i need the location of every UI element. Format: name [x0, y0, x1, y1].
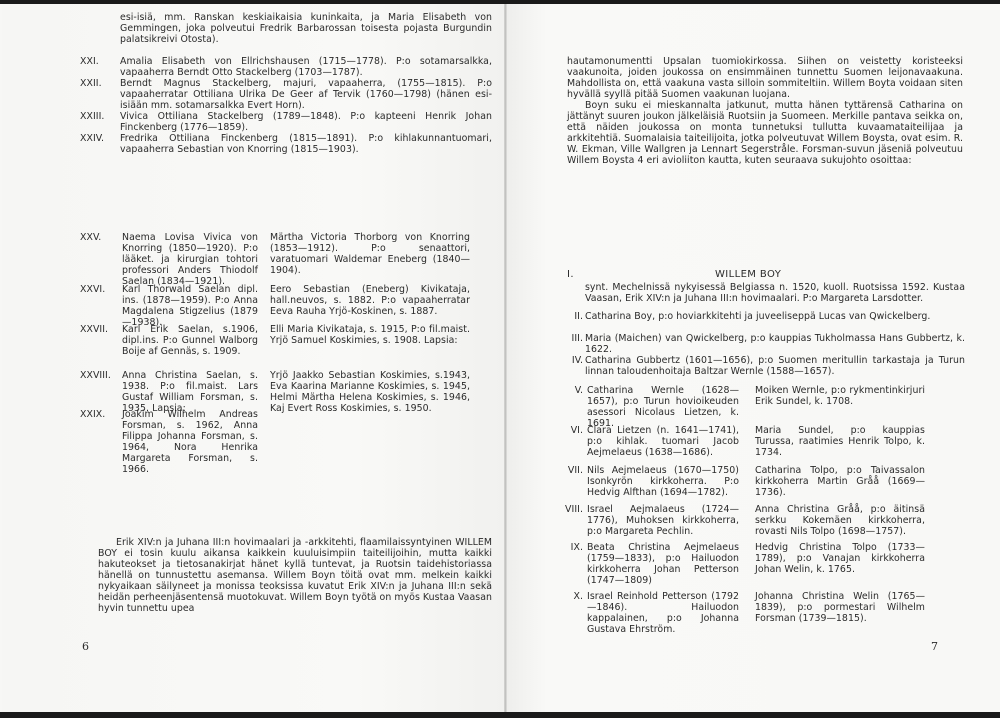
book-spread: esi-isiä, mm. Ranskan keskiaikaisia kuni…: [0, 4, 1000, 712]
entry-left-column: Karl Erik Saelan, s.1906, dipl.ins. P:o …: [122, 324, 258, 357]
entry-left-column: Naema Lovisa Vivica von Knorring (1850—1…: [122, 232, 258, 287]
generation-number: VI.: [565, 425, 583, 436]
generation-number: XXVII.: [80, 324, 108, 335]
generation-number: IX.: [565, 542, 583, 553]
generation-number: VII.: [565, 465, 583, 476]
entry-left-column: Israel Aejmalaeus (1724—1776), Muhoksen …: [587, 504, 739, 537]
generation-number: IV.: [565, 355, 583, 366]
entry-right-column: Maria Sundel, p:o kauppias Turussa, raat…: [755, 425, 925, 458]
entry-text: Catharina Boy, p:o hoviarkkitehti ja juv…: [585, 311, 965, 322]
entry-left-column: Clara Lietzen (n. 1641—1741), p:o kihlak…: [587, 425, 739, 458]
genealogy-two-column-entry: XXIX.Joakim Wilhelm Andreas Forsman, s. …: [80, 409, 492, 469]
genealogy-two-column-entry: XXV.Naema Lovisa Vivica von Knorring (18…: [80, 232, 492, 292]
generation-number: XXII.: [80, 78, 102, 89]
entry-right-column: Eero Sebastian (Eneberg) Kivikataja, hal…: [270, 284, 470, 317]
entry-left-column: Israel Reinhold Petterson (1792—1846). H…: [587, 591, 739, 635]
generation-number: XXVIII.: [80, 370, 111, 381]
willem-boy-paragraph: Erik XIV:n ja Juhana III:n hovimaalari j…: [98, 537, 492, 614]
right-paragraph-2: Boyn suku ei mieskannalta jatkunut, mutt…: [567, 100, 963, 166]
generation-number: XXIII.: [80, 111, 104, 122]
right-paragraph-1: hautamonumentti Upsalan tuomiokirkossa. …: [567, 56, 963, 100]
lineage-heading: WILLEM BOY: [715, 269, 781, 280]
entry-left-column: Joakim Wilhelm Andreas Forsman, s. 1962,…: [122, 409, 258, 475]
generation-number: II.: [565, 311, 583, 322]
lineage-start-number: I.: [567, 269, 574, 280]
willem-boy-details: synt. Mechelnissä nykyisessä Belgiassa n…: [585, 282, 965, 304]
genealogy-entry: III.Maria (Maichen) van Qwickelberg, p:o…: [565, 333, 965, 357]
entry-text: Maria (Maichen) van Qwickelberg, p:o kau…: [585, 333, 965, 355]
generation-number: XXVI.: [80, 284, 105, 295]
entry-right-column: Hedvig Christina Tolpo (1733—1789), p:o …: [755, 542, 925, 575]
generation-number: III.: [565, 333, 583, 344]
entry-left-column: Nils Aejmelaeus (1670—1750) Isonkyrön ki…: [587, 465, 739, 498]
left-page: esi-isiä, mm. Ranskan keskiaikaisia kuni…: [2, 4, 505, 712]
entry-text: Berndt Magnus Stackelberg, majuri, vapaa…: [120, 78, 492, 111]
genealogy-entry: II.Catharina Boy, p:o hoviarkkitehti ja …: [565, 311, 965, 335]
generation-number: VIII.: [565, 504, 583, 515]
entry-left-column: Karl Thorwald Saelan dipl. ins. (1878—19…: [122, 284, 258, 328]
generation-number: V.: [565, 385, 583, 396]
genealogy-two-column-entry: IX.Beata Christina Aejmelaeus (1759—1833…: [565, 542, 965, 590]
entry-left-column: Catharina Wernle (1628—1657), p:o Turun …: [587, 385, 739, 429]
entry-right-column: Anna Christina Gråå, p:o äitinsä serkku …: [755, 504, 925, 537]
generation-number: X.: [565, 591, 583, 602]
entry-right-column: Moiken Wernle, p:o rykmentinkirjuri Erik…: [755, 385, 925, 407]
entry-right-column: Elli Maria Kivikataja, s. 1915, P:o fil.…: [270, 324, 470, 346]
generation-number: XXI.: [80, 56, 99, 67]
generation-number: XXV.: [80, 232, 101, 243]
entry-text: Vivica Ottiliana Stackelberg (1789—1848)…: [120, 111, 492, 133]
entry-left-column: Beata Christina Aejmelaeus (1759—1833), …: [587, 542, 739, 586]
intro-continuation: esi-isiä, mm. Ranskan keskiaikaisia kuni…: [120, 12, 492, 45]
entry-text: Amalia Elisabeth von Ellrichshausen (171…: [120, 56, 492, 78]
right-page: hautamonumentti Upsalan tuomiokirkossa. …: [507, 4, 1000, 712]
entry-right-column: Catharina Tolpo, p:o Taivassalon kirkkoh…: [755, 465, 925, 498]
entry-text: Catharina Gubbertz (1601—1656), p:o Suom…: [585, 355, 965, 377]
page-number-right: 7: [931, 640, 938, 653]
entry-right-column: Yrjö Jaakko Sebastian Koskimies, s.1943,…: [270, 370, 470, 414]
entry-right-column: Märtha Victoria Thorborg von Knorring (1…: [270, 232, 470, 276]
entry-right-column: Johanna Christina Welin (1765—1839), p:o…: [755, 591, 925, 624]
generation-number: XXIX.: [80, 409, 105, 420]
entry-left-column: Anna Christina Saelan, s. 1938. P:o fil.…: [122, 370, 258, 414]
genealogy-entry: XXIV.Fredrika Ottiliana Finckenberg (181…: [80, 133, 492, 173]
genealogy-entry: IV.Catharina Gubbertz (1601—1656), p:o S…: [565, 355, 965, 379]
entry-text: Fredrika Ottiliana Finckenberg (1815—189…: [120, 133, 492, 155]
genealogy-two-column-entry: X.Israel Reinhold Petterson (1792—1846).…: [565, 591, 965, 639]
page-number-left: 6: [82, 640, 89, 653]
generation-number: XXIV.: [80, 133, 104, 144]
